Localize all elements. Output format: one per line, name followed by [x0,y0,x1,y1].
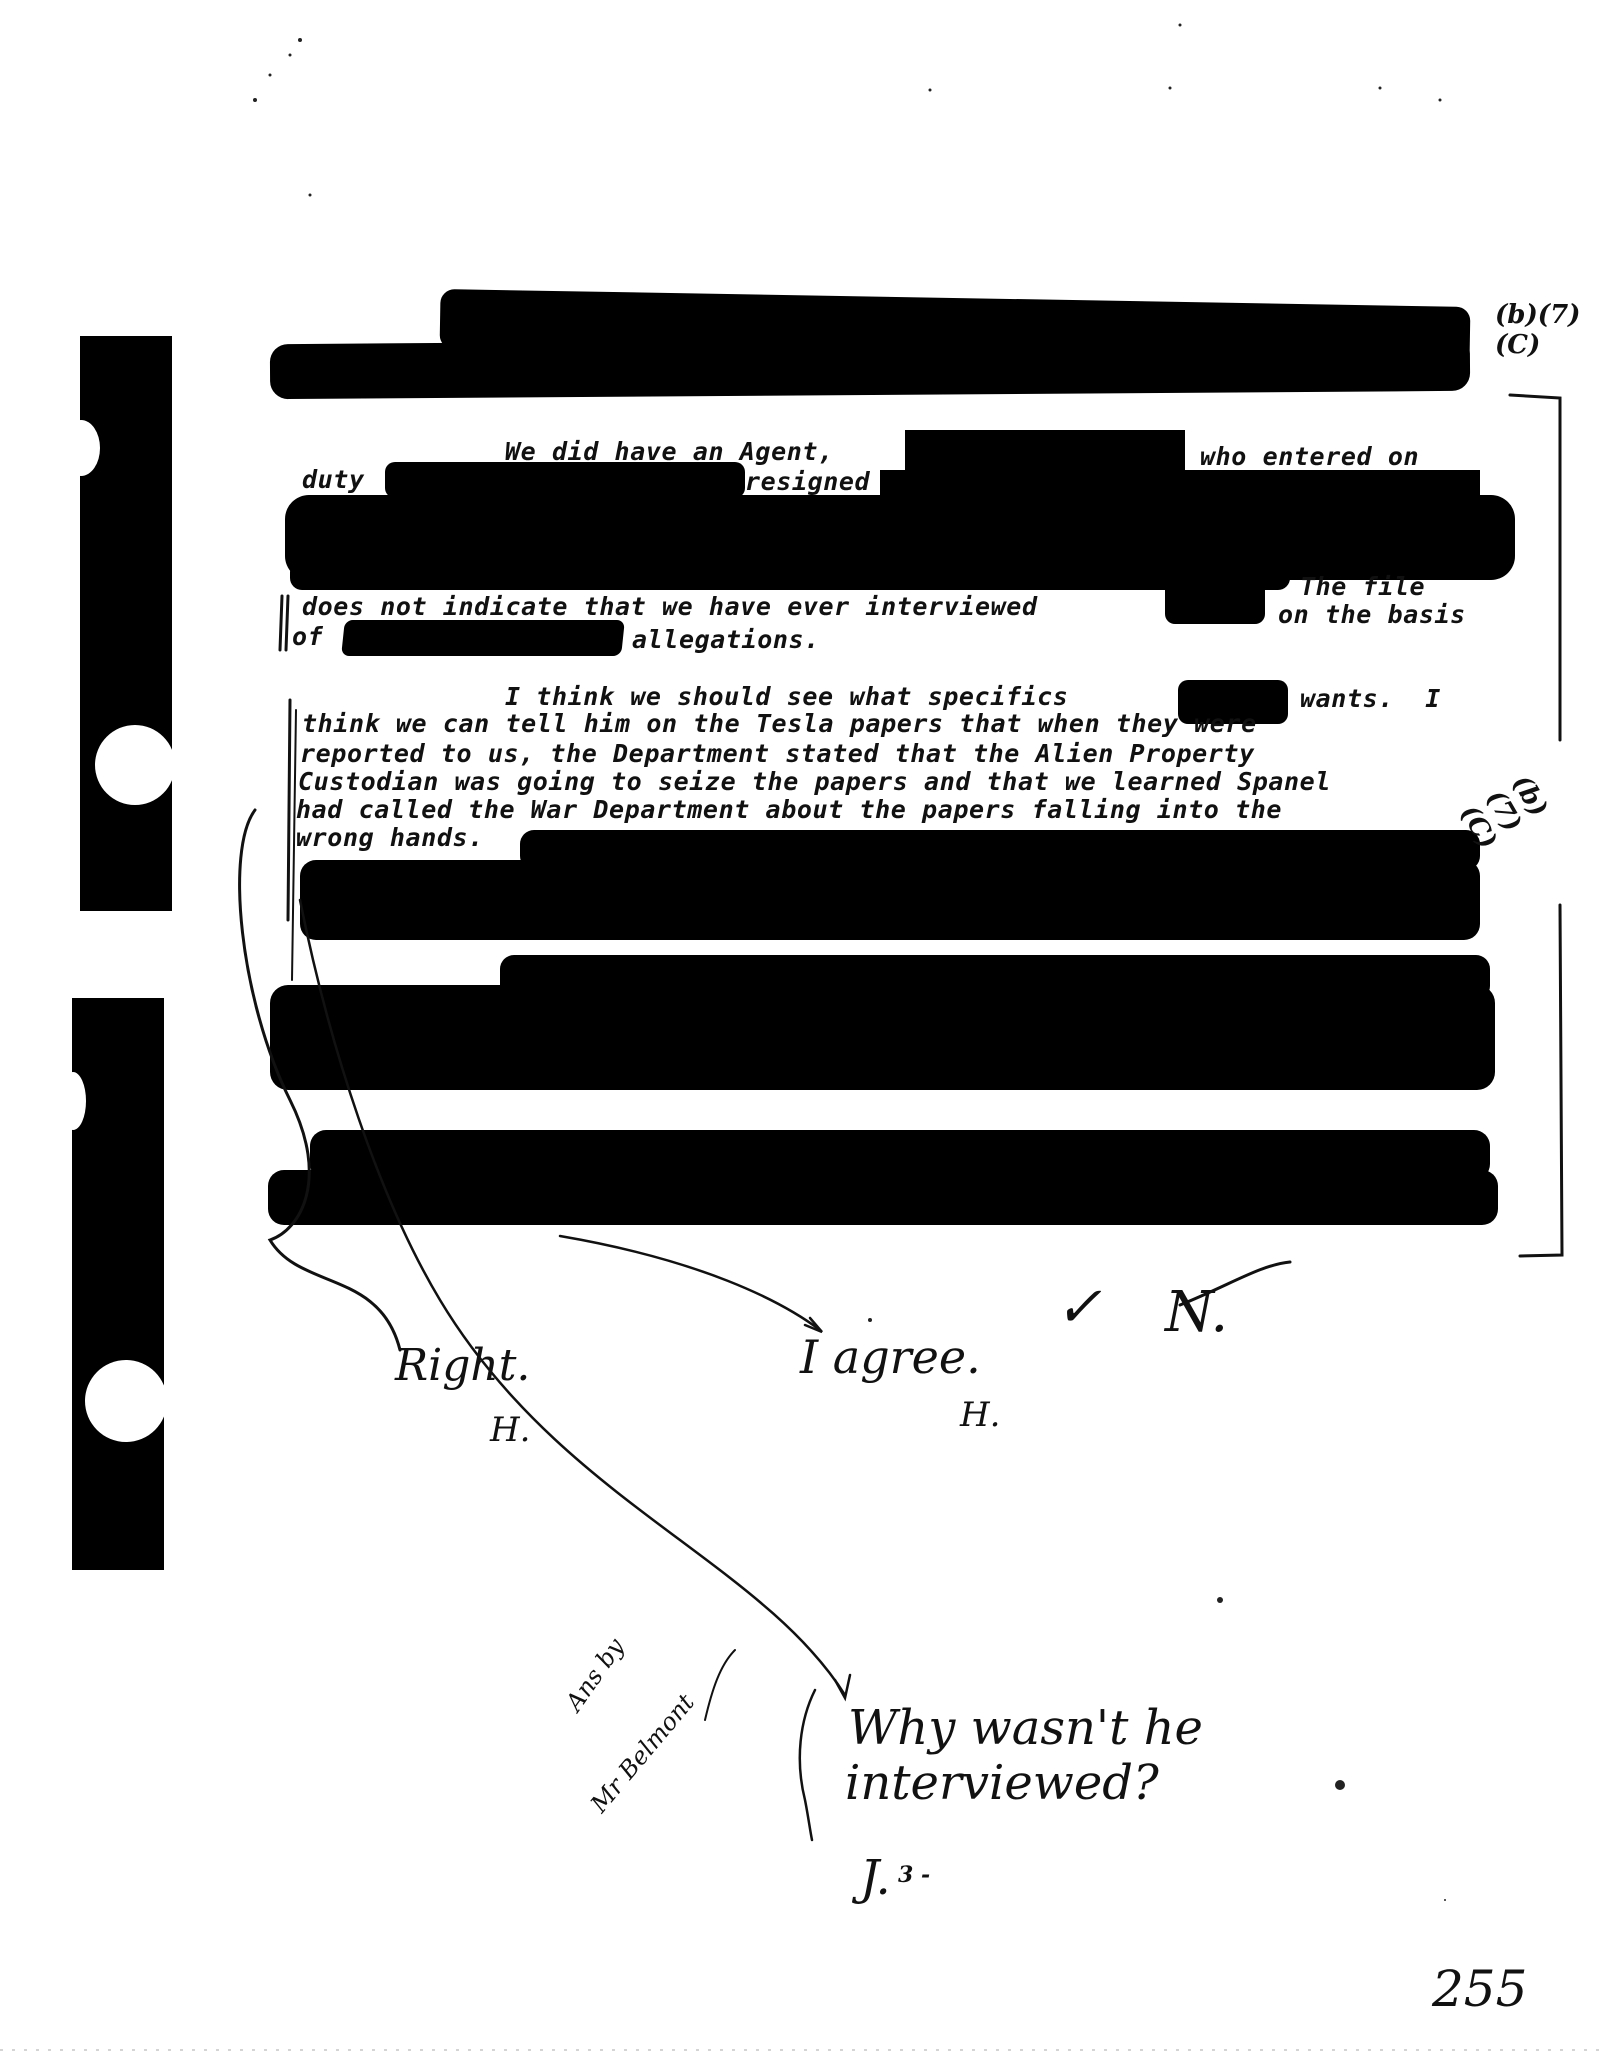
typed-text: duty [302,465,365,495]
redaction-block [270,985,1495,1090]
redaction-date [385,462,745,498]
typed-text: resigned [745,467,870,497]
typed-text: I think we should see what specifics [505,682,1068,712]
punch-hole [85,1360,167,1442]
handwritten-side-note: Ans by [560,1633,630,1716]
typed-text: The file [1300,572,1425,602]
handwritten-initial: N. [1165,1280,1228,1345]
typed-text: on the basis [1278,600,1466,630]
typed-text: Custodian was going to seize the papers … [298,767,1331,797]
typed-text: think we can tell him on the Tesla paper… [302,709,1257,739]
document-page: We did have an Agent, who entered on dut… [0,0,1600,2065]
exemption-stamp: (b)(7)(C) [1495,300,1600,360]
redaction-block [300,860,1480,940]
page-number: 255 [1432,1960,1527,2018]
typed-text: wants. I [1300,684,1441,714]
margin-redaction-strip-bottom [72,998,164,1570]
typed-text: reported to us, the Department stated th… [300,739,1255,769]
handwritten-side-note: Mr Belmont [585,1689,700,1818]
handwritten-question: interviewed? [845,1755,1159,1811]
handwritten-number: 3 - [898,1862,930,1888]
redaction-name [1165,580,1265,624]
handwritten-initial: H. [960,1395,1000,1435]
handwritten-checkmark: ✓ [1055,1275,1102,1340]
typed-text: had called the War Department about the … [296,795,1282,825]
typed-text: of [292,622,323,652]
handwritten-initial: H. [490,1410,530,1450]
handwritten-note: I agree. [800,1330,981,1384]
margin-redaction-strip-top [80,336,172,911]
redaction-block [268,1170,1498,1225]
typed-text: allegations. [632,625,820,655]
typed-text: who entered on [1200,442,1419,472]
punch-hole [60,1072,86,1130]
punch-hole [62,420,100,476]
handwritten-question: Why wasn't he [848,1700,1203,1756]
typed-text: wrong hands. [296,823,484,853]
redaction-name [341,620,625,656]
punch-hole [95,725,175,805]
typed-text: does not indicate that we have ever inte… [302,592,1038,622]
redaction-block [290,560,1290,590]
handwritten-initial: J. [860,1850,891,1906]
handwritten-note: Right. [395,1340,530,1391]
